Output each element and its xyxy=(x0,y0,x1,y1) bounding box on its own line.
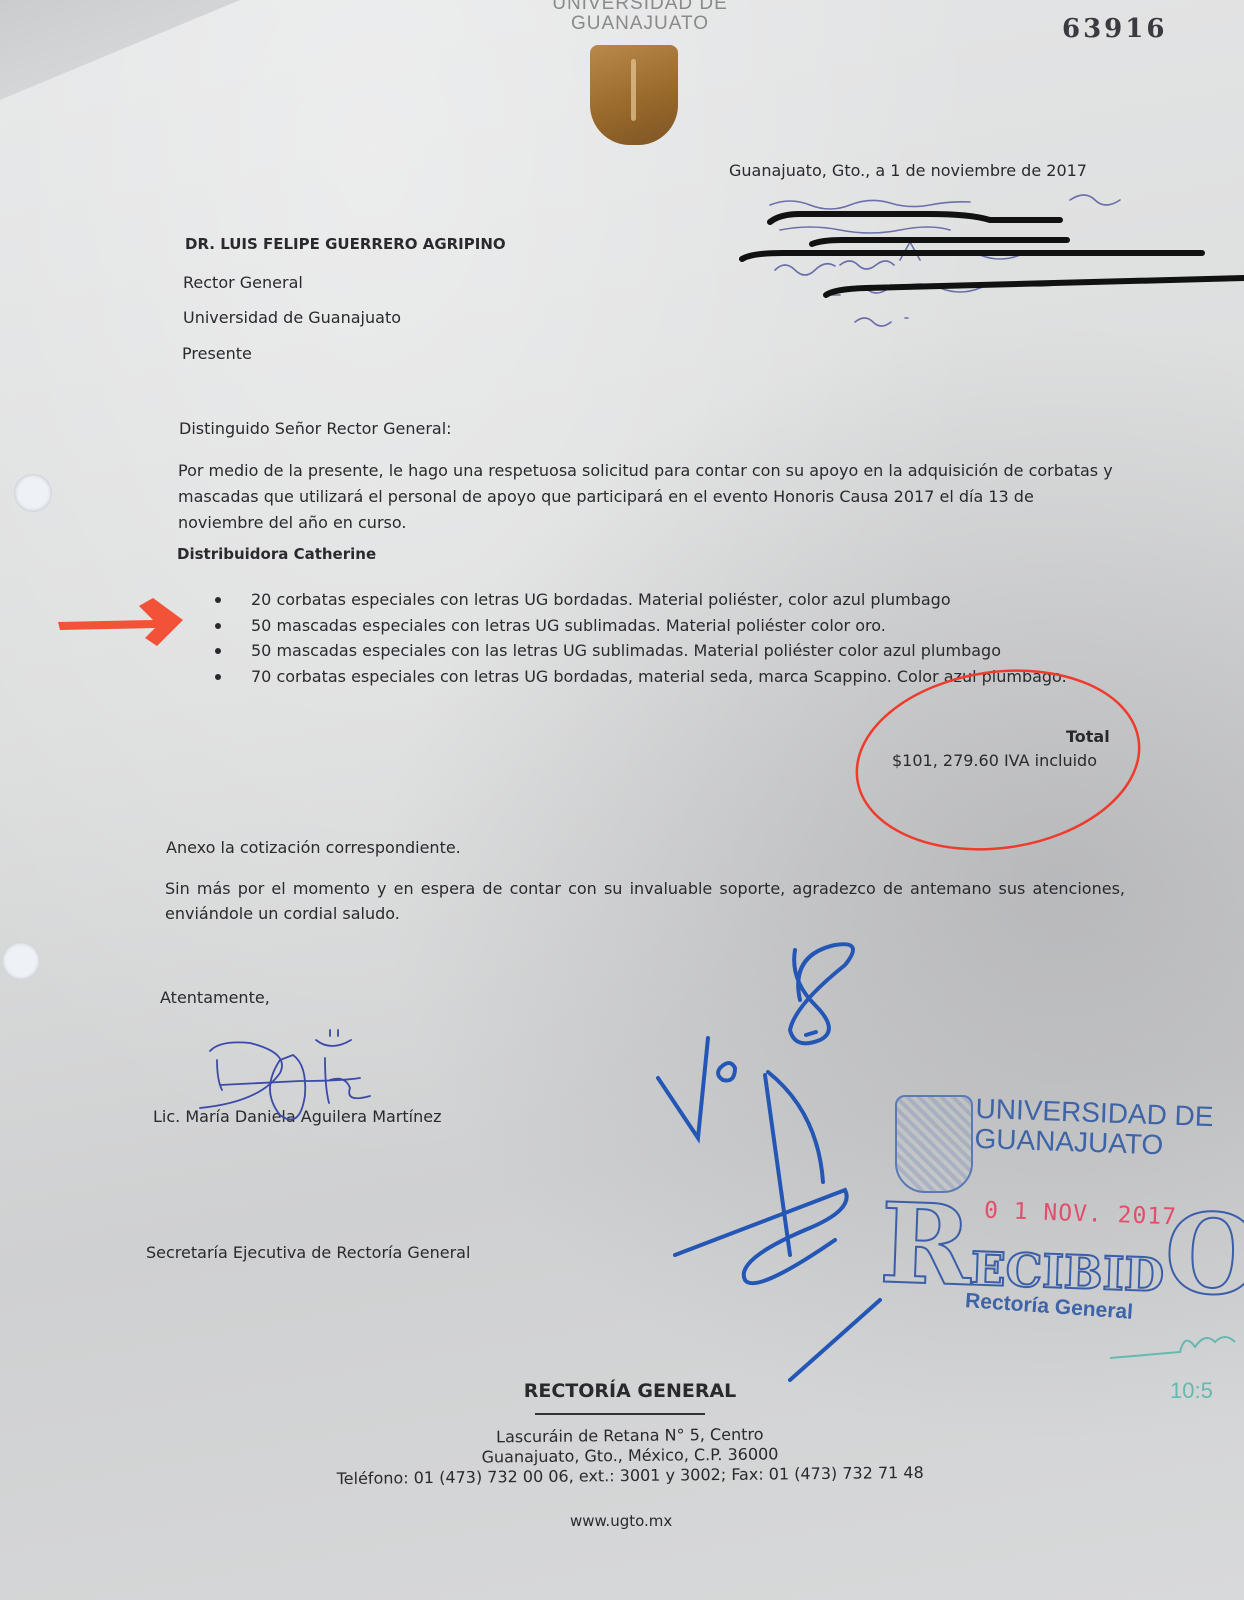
letter-page: UNIVERSIDAD DE GUANAJUATO 63916 Guanajua… xyxy=(0,0,1244,1600)
redaction-marks xyxy=(742,214,1244,295)
signer-signature xyxy=(200,1030,370,1120)
rector-signature xyxy=(658,944,880,1380)
stamp-handwritten-initial xyxy=(1110,1337,1235,1358)
red-arrow-icon xyxy=(58,598,183,646)
ink-overlay xyxy=(0,0,1244,1600)
total-circle-annotation xyxy=(845,653,1151,867)
